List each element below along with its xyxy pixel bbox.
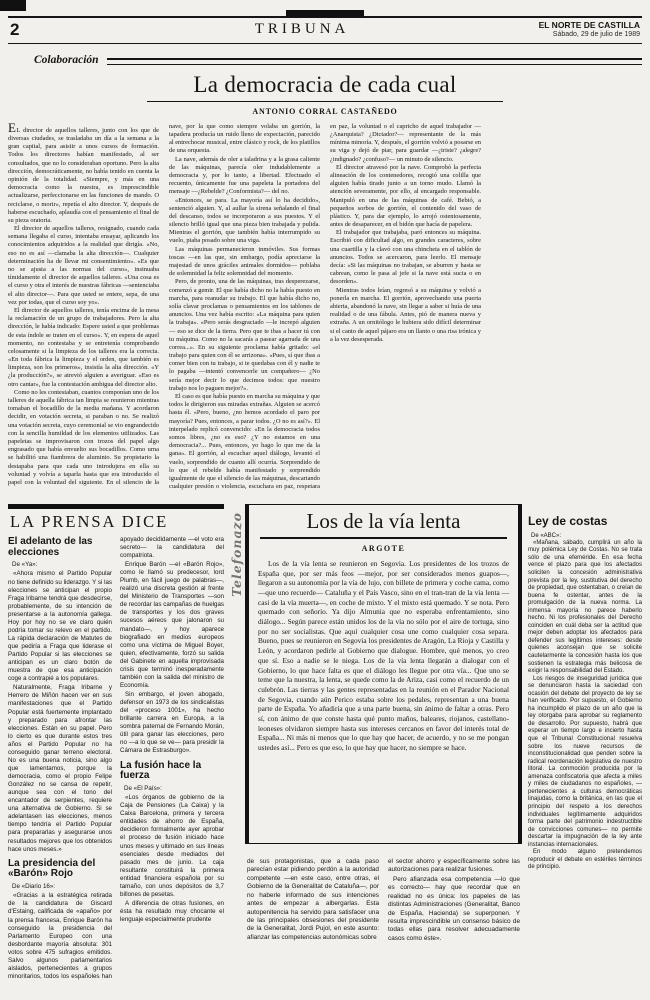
article-paragraph: EL director de aquellos talleres, junto … — [8, 123, 159, 225]
article-paragraph: Mientras todos leían, regresó a su máqui… — [330, 287, 481, 344]
masthead: 2 TRIBUNA EL NORTE DE CASTILLA Sábado, 2… — [8, 16, 642, 44]
ley-costas-paragraph: Los riesgos de inseguridad jurídica que … — [528, 676, 642, 850]
section-marker-bar — [286, 10, 364, 17]
bottom-section: LA PRENSA DICE El adelanto de las elecci… — [8, 504, 642, 986]
issue-date: Sábado, 29 de julio de 1989 — [539, 31, 640, 39]
ley-costas-heading: Ley de costas — [528, 514, 642, 528]
digest-paragraph: A diferencia de otras fusiones, en ésta … — [120, 900, 224, 924]
via-lenta-byline: ARGOTE — [258, 544, 509, 553]
page-number: 2 — [10, 21, 19, 38]
article-headline: La democracia de cada cual — [8, 72, 642, 98]
digest-paragraph: Naturalmente, Fraga Iribarne y Herrero d… — [8, 684, 112, 853]
article-byline: ANTONIO CORRAL CASTAÑEDO — [8, 107, 642, 116]
main-article-body: EL director de aquellos talleres, junto … — [8, 123, 642, 495]
digest-source: De «El País»: — [124, 785, 224, 793]
digest-heading-elecciones: El adelanto de las elecciones — [8, 537, 112, 559]
masthead-right: EL NORTE DE CASTILLA Sábado, 29 de julio… — [539, 21, 640, 39]
fusion-continuation: de sus protagonistas, que a cada paso pa… — [245, 858, 522, 945]
press-digest-body: El adelanto de las elecciones De «Ya»: «… — [8, 536, 224, 986]
press-digest-bar — [8, 504, 224, 509]
ley-costas-article: Ley de costas De «ABC»: «Mañana, sábado,… — [528, 504, 642, 986]
section-title: TRIBUNA — [255, 21, 350, 38]
article-paragraph: Pero, de pronto, una de las máquinas, tr… — [169, 278, 320, 393]
digest-paragraph: de sus protagonistas, que a cada paso pa… — [247, 858, 379, 943]
telefonazo-column: Telefonazo Los de la vía lenta ARGOTE Lo… — [230, 504, 522, 986]
article-paragraph: Las máquinas permanecieron inmóviles. Su… — [169, 246, 320, 279]
digest-heading-fusion: La fusión hace la fuerza — [120, 761, 224, 783]
via-lenta-box: Los de la vía lenta ARGOTE Los de la vía… — [245, 504, 522, 844]
article-paragraph: El director de aquellos talleres, resign… — [8, 225, 159, 307]
digest-paragraph: «Ahora mismo el Partido Popular no tiene… — [8, 570, 112, 683]
ley-costas-paragraph: En modo alguno pretendemos reproducir el… — [528, 849, 642, 872]
via-lenta-title: Los de la vía lenta — [258, 509, 509, 534]
newspaper-name: EL NORTE DE CASTILLA — [539, 21, 640, 31]
via-lenta-text: Los de la vía lenta se reunieron en Sego… — [258, 559, 509, 753]
digest-paragraph: Sin embargo, el joven abogado, defensor … — [120, 691, 224, 756]
fusion-continuation-col-1: de sus protagonistas, que a cada paso pa… — [247, 858, 379, 945]
digest-paragraph: Pero afianzada esa competencia —lo que e… — [388, 876, 520, 944]
press-digest-title: LA PRENSA DICE — [10, 512, 224, 532]
headline-rule — [147, 101, 503, 102]
article-paragraph: «Entonces, se para. La mayoría así lo ha… — [169, 197, 320, 246]
article-paragraph: El director atravesó por la nave. Compro… — [330, 164, 481, 230]
digest-source: De «Diario 16»: — [12, 883, 112, 891]
newspaper-page: 2 TRIBUNA EL NORTE DE CASTILLA Sábado, 2… — [0, 0, 650, 1000]
masthead-rule — [8, 43, 642, 44]
fusion-continuation-col-2: el sector ahorro y específicamente sobre… — [388, 858, 520, 945]
digest-paragraph: el sector ahorro y específicamente sobre… — [388, 858, 520, 875]
masthead-row: 2 TRIBUNA EL NORTE DE CASTILLA Sábado, 2… — [8, 18, 642, 43]
via-lenta-rule — [260, 537, 507, 539]
digest-paragraph: Enrique Barón —el «Barón Rojo», como le … — [120, 561, 224, 690]
digest-source: De «Ya»: — [12, 561, 112, 569]
article-paragraph: El director de aquellos talleres, tenía … — [8, 307, 159, 389]
ley-costas-paragraph: «Mañana, sábado, cumplirá un año la muy … — [528, 540, 642, 676]
digest-paragraph: «Los órganos de gobierno de la Caja de P… — [120, 794, 224, 899]
article-paragraph: El trabajador que trabajaba, paró entonc… — [330, 229, 481, 286]
press-digest: LA PRENSA DICE El adelanto de las elecci… — [8, 504, 224, 986]
kicker-label: Colaboración — [34, 54, 107, 66]
article-paragraph: La nave, además de oler a taladrina y a … — [169, 156, 320, 197]
telefonazo-label: Telefonazo — [229, 512, 244, 597]
kicker-row: Colaboración — [34, 54, 642, 66]
ley-costas-source: De «ABC»: — [531, 533, 642, 539]
digest-heading-baron: La presidencia del «Barón» Rojo — [8, 859, 112, 881]
kicker-rule — [107, 58, 642, 65]
corner-registration-mark — [0, 0, 26, 11]
